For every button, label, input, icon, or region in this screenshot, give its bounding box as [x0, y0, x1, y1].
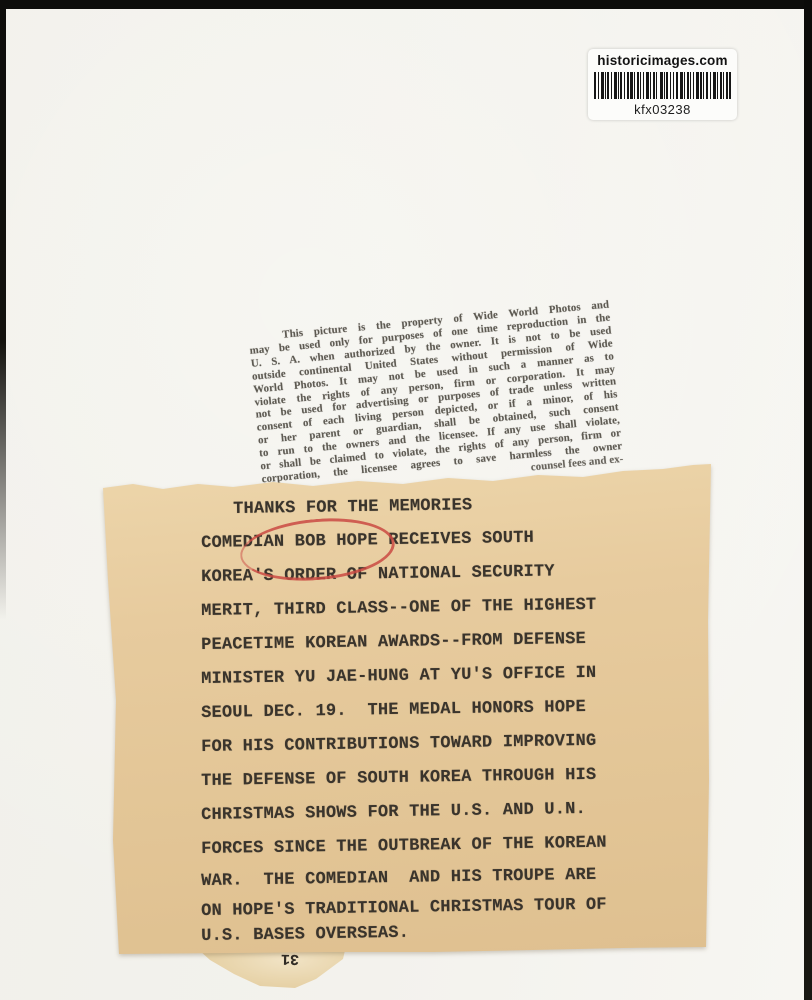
caption-line: U.S. BASES OVERSEAS.	[201, 924, 409, 947]
copyright-stamp: This picture is the property of Wide Wor…	[248, 299, 624, 500]
scan-edge-top	[0, 0, 812, 9]
caption-title: THANKS FOR THE MEMORIES	[233, 496, 473, 520]
label-code-text: kfx03238	[634, 102, 691, 117]
scan-edge-left	[0, 0, 6, 620]
photo-back-scan: historicimages.com kfx03238 This	[0, 0, 812, 1000]
label-site-text: historicimages.com	[597, 53, 727, 68]
scan-edge-right	[804, 0, 812, 1000]
inverted-number: 31	[281, 950, 299, 967]
barcode-icon	[594, 72, 731, 99]
barcode-label: historicimages.com kfx03238	[588, 49, 737, 120]
